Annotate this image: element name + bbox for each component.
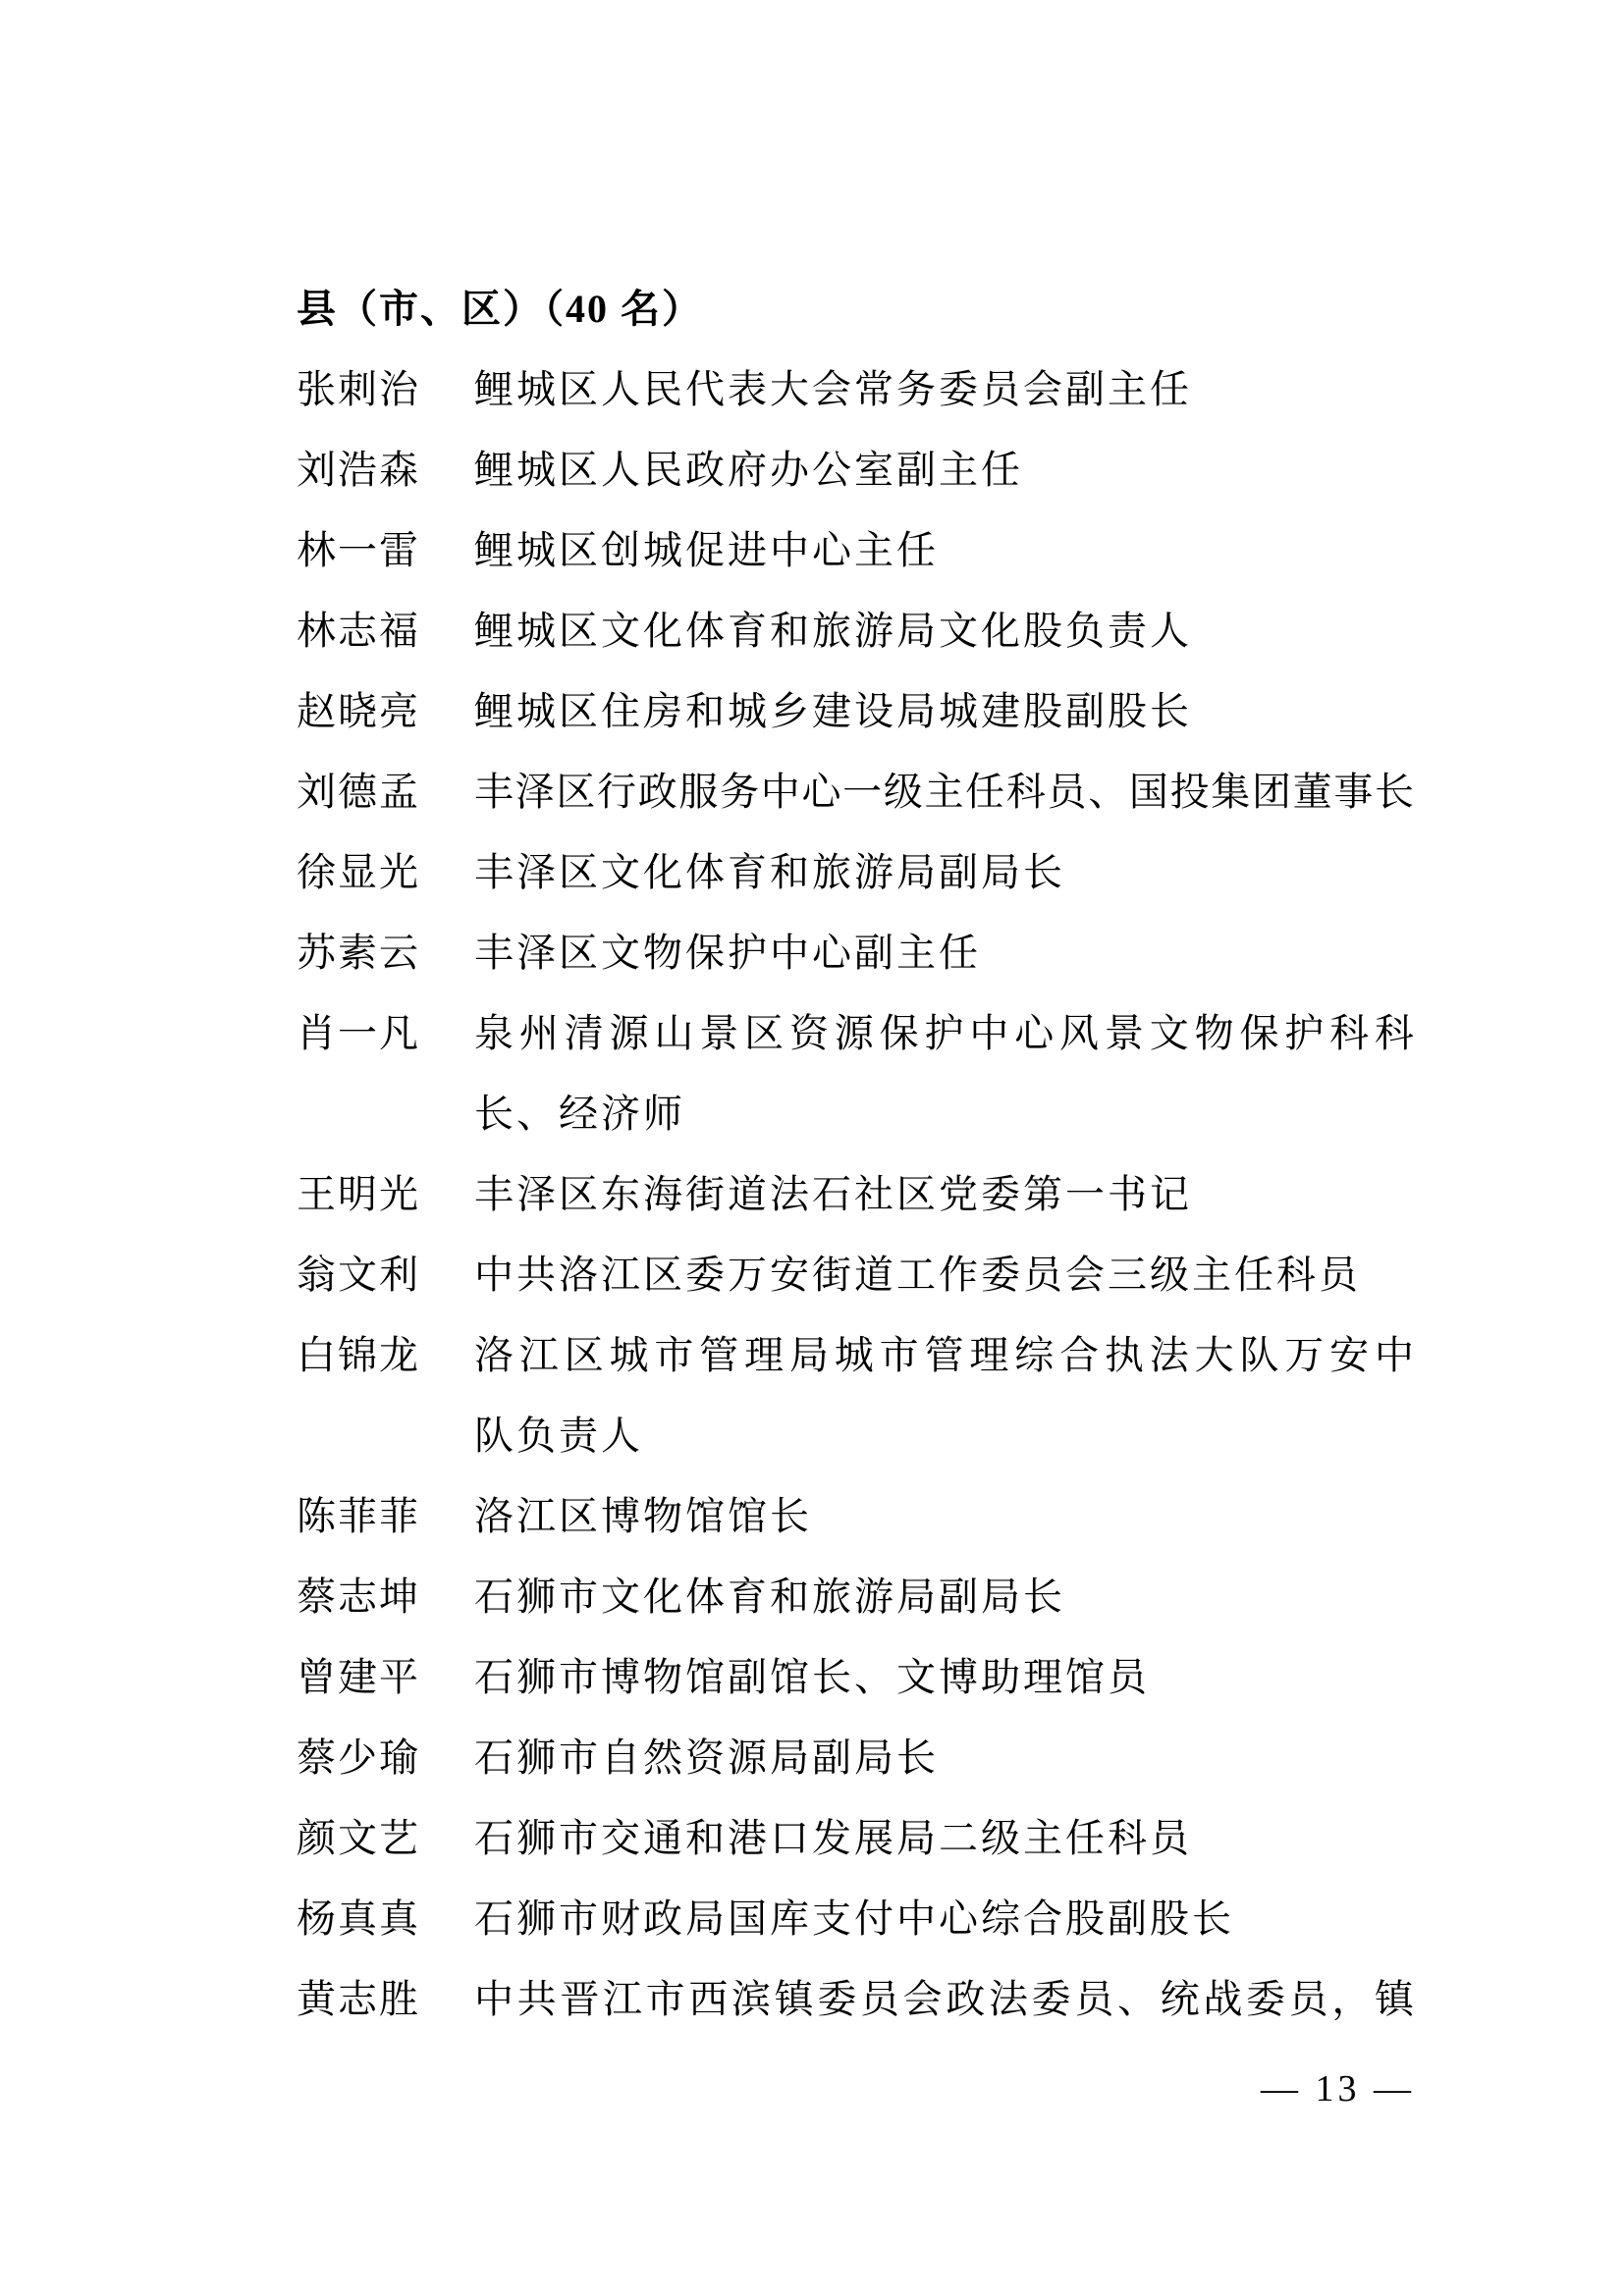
entry-name: 白锦龙 <box>297 1315 474 1396</box>
entries-list: 张刺治鲤城区人民代表大会常务委员会副主任刘浩森鲤城区人民政府办公室副主任林一雷鲤… <box>297 349 1414 2040</box>
entry-position: 丰泽区东海街道法石社区党委第一书记 <box>474 1154 1414 1235</box>
entry-position-line: 中共晋江市西滨镇委员会政法委员、统战委员，镇 <box>474 1959 1414 2040</box>
entry-name: 肖一凡 <box>297 993 474 1074</box>
entry-position: 洛江区博物馆馆长 <box>474 1476 1414 1557</box>
entry-position: 石狮市文化体育和旅游局副局长 <box>474 1557 1414 1637</box>
list-item: 肖一凡泉州清源山景区资源保护中心风景文物保护科科长、经济师 <box>297 993 1414 1154</box>
entry-name: 王明光 <box>297 1154 474 1235</box>
entry-position: 丰泽区行政服务中心一级主任科员、国投集团董事长 <box>474 752 1414 832</box>
list-item: 蔡少瑜石狮市自然资源局副局长 <box>297 1718 1414 1798</box>
list-item: 黄志胜中共晋江市西滨镇委员会政法委员、统战委员，镇 <box>297 1959 1414 2040</box>
award-list-section: 县（市、区）（40 名） 张刺治鲤城区人民代表大会常务委员会副主任刘浩森鲤城区人… <box>297 269 1414 2040</box>
entry-position-line: 长、经济师 <box>474 1074 1414 1154</box>
entry-position: 丰泽区文物保护中心副主任 <box>474 913 1414 993</box>
list-item: 颜文艺石狮市交通和港口发展局二级主任科员 <box>297 1798 1414 1879</box>
entry-name: 翁文利 <box>297 1235 474 1315</box>
entry-position-line: 石狮市交通和港口发展局二级主任科员 <box>474 1798 1414 1879</box>
list-item: 林志福鲤城区文化体育和旅游局文化股负责人 <box>297 591 1414 671</box>
entry-name: 徐显光 <box>297 832 474 913</box>
entry-position-line: 鲤城区人民政府办公室副主任 <box>474 430 1414 510</box>
entry-position: 中共晋江市西滨镇委员会政法委员、统战委员，镇 <box>474 1959 1414 2040</box>
entry-position-line: 中共洛江区委万安街道工作委员会三级主任科员 <box>474 1235 1414 1315</box>
entry-position-line: 队负责人 <box>474 1396 1414 1476</box>
entry-position: 洛江区城市管理局城市管理综合执法大队万安中队负责人 <box>474 1315 1414 1476</box>
entry-position-line: 洛江区博物馆馆长 <box>474 1476 1414 1557</box>
list-item: 徐显光丰泽区文化体育和旅游局副局长 <box>297 832 1414 913</box>
entry-position: 石狮市财政局国库支付中心综合股副股长 <box>474 1879 1414 1959</box>
entry-position: 石狮市自然资源局副局长 <box>474 1718 1414 1798</box>
entry-position-line: 石狮市自然资源局副局长 <box>474 1718 1414 1798</box>
entry-name: 苏素云 <box>297 913 474 993</box>
list-item: 曾建平石狮市博物馆副馆长、文博助理馆员 <box>297 1637 1414 1718</box>
entry-name: 曾建平 <box>297 1637 474 1718</box>
entry-name: 赵晓亮 <box>297 671 474 752</box>
entry-position-line: 鲤城区创城促进中心主任 <box>474 510 1414 591</box>
list-item: 张刺治鲤城区人民代表大会常务委员会副主任 <box>297 349 1414 430</box>
list-item: 陈菲菲洛江区博物馆馆长 <box>297 1476 1414 1557</box>
list-item: 蔡志坤石狮市文化体育和旅游局副局长 <box>297 1557 1414 1637</box>
entry-position-line: 鲤城区住房和城乡建设局城建股副股长 <box>474 671 1414 752</box>
entry-position-line: 丰泽区行政服务中心一级主任科员、国投集团董事长 <box>474 752 1414 832</box>
entry-position: 石狮市博物馆副馆长、文博助理馆员 <box>474 1637 1414 1718</box>
entry-position-line: 石狮市博物馆副馆长、文博助理馆员 <box>474 1637 1414 1718</box>
entry-name: 陈菲菲 <box>297 1476 474 1557</box>
entry-name: 蔡志坤 <box>297 1557 474 1637</box>
list-item: 刘浩森鲤城区人民政府办公室副主任 <box>297 430 1414 510</box>
entry-position-line: 丰泽区文化体育和旅游局副局长 <box>474 832 1414 913</box>
entry-position: 泉州清源山景区资源保护中心风景文物保护科科长、经济师 <box>474 993 1414 1154</box>
entry-position-line: 丰泽区东海街道法石社区党委第一书记 <box>474 1154 1414 1235</box>
entry-name: 杨真真 <box>297 1879 474 1959</box>
entry-position-line: 泉州清源山景区资源保护中心风景文物保护科科 <box>474 993 1414 1074</box>
entry-name: 林志福 <box>297 591 474 671</box>
list-item: 赵晓亮鲤城区住房和城乡建设局城建股副股长 <box>297 671 1414 752</box>
entry-name: 黄志胜 <box>297 1959 474 2040</box>
entry-position-line: 丰泽区文物保护中心副主任 <box>474 913 1414 993</box>
entry-position-line: 鲤城区人民代表大会常务委员会副主任 <box>474 349 1414 430</box>
document-page: 县（市、区）（40 名） 张刺治鲤城区人民代表大会常务委员会副主任刘浩森鲤城区人… <box>0 0 1624 2296</box>
list-item: 林一雷鲤城区创城促进中心主任 <box>297 510 1414 591</box>
page-number: — 13 — <box>1261 2067 1415 2110</box>
entry-position: 石狮市交通和港口发展局二级主任科员 <box>474 1798 1414 1879</box>
section-heading: 县（市、区）（40 名） <box>297 269 1414 349</box>
entry-position: 鲤城区文化体育和旅游局文化股负责人 <box>474 591 1414 671</box>
entry-name: 颜文艺 <box>297 1798 474 1879</box>
list-item: 白锦龙洛江区城市管理局城市管理综合执法大队万安中队负责人 <box>297 1315 1414 1476</box>
list-item: 苏素云丰泽区文物保护中心副主任 <box>297 913 1414 993</box>
entry-position: 中共洛江区委万安街道工作委员会三级主任科员 <box>474 1235 1414 1315</box>
entry-position-line: 洛江区城市管理局城市管理综合执法大队万安中 <box>474 1315 1414 1396</box>
entry-name: 刘德孟 <box>297 752 474 832</box>
entry-name: 刘浩森 <box>297 430 474 510</box>
entry-position-line: 石狮市文化体育和旅游局副局长 <box>474 1557 1414 1637</box>
entry-position-line: 石狮市财政局国库支付中心综合股副股长 <box>474 1879 1414 1959</box>
entry-position: 丰泽区文化体育和旅游局副局长 <box>474 832 1414 913</box>
entry-name: 林一雷 <box>297 510 474 591</box>
list-item: 翁文利中共洛江区委万安街道工作委员会三级主任科员 <box>297 1235 1414 1315</box>
entry-name: 张刺治 <box>297 349 474 430</box>
list-item: 刘德孟丰泽区行政服务中心一级主任科员、国投集团董事长 <box>297 752 1414 832</box>
entry-name: 蔡少瑜 <box>297 1718 474 1798</box>
entry-position: 鲤城区人民代表大会常务委员会副主任 <box>474 349 1414 430</box>
entry-position: 鲤城区人民政府办公室副主任 <box>474 430 1414 510</box>
entry-position: 鲤城区住房和城乡建设局城建股副股长 <box>474 671 1414 752</box>
list-item: 杨真真石狮市财政局国库支付中心综合股副股长 <box>297 1879 1414 1959</box>
entry-position: 鲤城区创城促进中心主任 <box>474 510 1414 591</box>
list-item: 王明光丰泽区东海街道法石社区党委第一书记 <box>297 1154 1414 1235</box>
entry-position-line: 鲤城区文化体育和旅游局文化股负责人 <box>474 591 1414 671</box>
